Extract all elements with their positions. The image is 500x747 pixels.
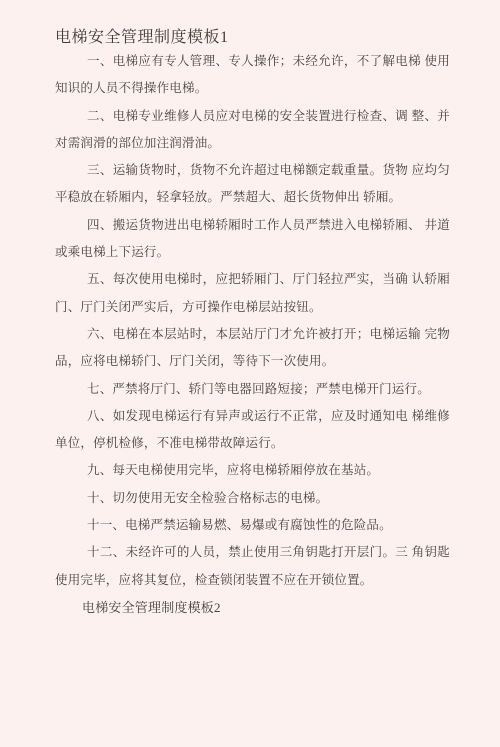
- rule-6-line-2: 品，应将电梯轿门、厅门关闭，等待下一次使用。: [55, 348, 450, 375]
- section-2-title: 电梯安全管理制度模板2: [55, 594, 450, 621]
- rule-12-line-2: 使用完毕，应将其复位，检查锁闭装置不应在开锁位置。: [55, 567, 450, 594]
- rule-1-line-1: 一、电梯应有专人管理、专人操作；未经允许，不了解电梯 使用: [55, 48, 450, 75]
- rule-9-line-1: 九、每天电梯使用完毕，应将电梯轿厢停放在基站。: [55, 457, 450, 484]
- document-page: 电梯安全管理制度模板1 一、电梯应有专人管理、专人操作；未经允许，不了解电梯 使…: [0, 0, 500, 747]
- rule-7-line-1: 七、严禁将厅门、轿门等电器回路短接；严禁电梯开门运行。: [55, 376, 450, 403]
- rule-3-line-1: 三、运输货物时，货物不允许超过电梯额定载重量。货物 应均匀: [55, 157, 450, 184]
- rule-1-line-2: 知识的人员不得操作电梯。: [55, 75, 450, 102]
- rule-2-line-1: 二、电梯专业维修人员应对电梯的安全装置进行检查、调 整、并: [55, 103, 450, 130]
- rule-10-line-1: 十、切勿使用无安全检验合格标志的电梯。: [55, 485, 450, 512]
- rule-5-line-1: 五、每次使用电梯时，应把轿厢门、厅门轻拉严实，当确 认轿厢: [55, 266, 450, 293]
- rule-5-line-2: 门、厅门关闭严实后，方可操作电梯层站按钮。: [55, 294, 450, 321]
- paragraph-list: 一、电梯应有专人管理、专人操作；未经允许，不了解电梯 使用知识的人员不得操作电梯…: [55, 48, 450, 594]
- rule-3-line-2: 平稳放在轿厢内，轻拿轻放。严禁超大、超长货物伸出 轿厢。: [55, 184, 450, 211]
- rule-4-line-2: 或乘电梯上下运行。: [55, 239, 450, 266]
- rule-8-line-1: 八、如发现电梯运行有异声或运行不正常，应及时通知电 梯维修: [55, 403, 450, 430]
- rule-6-line-1: 六、电梯在本层站时，本层站厅门才允许被打开；电梯运输 完物: [55, 321, 450, 348]
- rule-2-line-2: 对需润滑的部位加注润滑油。: [55, 130, 450, 157]
- document-title: 电梯安全管理制度模板1: [55, 27, 450, 48]
- rule-8-line-2: 单位，停机检修，不准电梯带故障运行。: [55, 430, 450, 457]
- rule-4-line-1: 四、搬运货物进出电梯轿厢时工作人员严禁进入电梯轿厢、 井道: [55, 212, 450, 239]
- rule-12-line-1: 十二、未经许可的人员，禁止使用三角钥匙打开层门。三 角钥匙: [55, 539, 450, 566]
- rule-11-line-1: 十一、电梯严禁运输易燃、易爆或有腐蚀性的危险品。: [55, 512, 450, 539]
